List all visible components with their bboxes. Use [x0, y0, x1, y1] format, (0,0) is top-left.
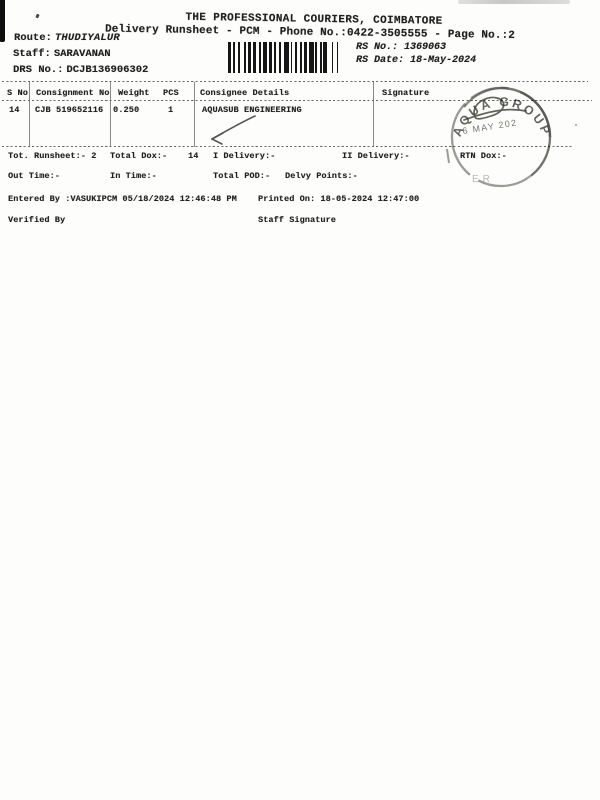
- rs-number: RS No.: 1369063: [356, 42, 446, 53]
- total-runsheet: Tot. Runsheet:- 2: [8, 151, 96, 161]
- stamp-bottom-text: ER: [472, 174, 494, 185]
- col-header-consignee: Consignee Details: [200, 88, 289, 98]
- total-dox: Total Dox:- 14: [110, 151, 198, 161]
- barcode-image: [228, 42, 340, 73]
- col-header-pcs: PCS: [163, 88, 179, 98]
- table-vline: [29, 82, 30, 147]
- ink-speck: [575, 124, 577, 126]
- staff-value: SARAVANAN: [54, 48, 111, 60]
- col-header-consignment: Consignment No: [36, 88, 110, 98]
- col-header-sno: S No: [7, 88, 28, 98]
- out-time: Out Time:-: [8, 171, 60, 181]
- printed-on: Printed On: 18-05-2024 12:47:00: [258, 194, 419, 204]
- handwritten-arrow-icon: [195, 108, 265, 148]
- verified-by: Verified By: [8, 215, 65, 225]
- route-line: Route:THUDIYALUR: [14, 32, 120, 44]
- scan-edge-bar: [0, 0, 5, 42]
- in-time: In Time:-: [110, 171, 157, 181]
- i-delivery: I Delivery:-: [213, 151, 275, 161]
- delvy-points: Delvy Points:-: [285, 171, 358, 181]
- row-consignment: CJB 519652116: [35, 105, 103, 115]
- staff-line: Staff:SARAVANAN: [13, 48, 111, 60]
- row-sno: 14: [9, 105, 20, 115]
- col-header-signature: Signature: [382, 88, 429, 98]
- route-label: Route:: [14, 32, 52, 44]
- table-vline: [373, 82, 374, 147]
- ii-delivery: II Delivery:-: [342, 151, 410, 161]
- row-weight: 0.250: [113, 105, 139, 115]
- scan-smudge: [458, 0, 570, 4]
- table-vline: [110, 82, 111, 147]
- entered-by: Entered By :VASUKIPCM 05/18/2024 12:46:4…: [8, 194, 237, 204]
- received-stamp: AQUA GROUP 6 MAY 202 ER: [442, 79, 562, 199]
- total-pod: Total POD:-: [213, 171, 270, 181]
- drs-line: DRS No.:DCJB136906302: [13, 64, 148, 76]
- drs-label: DRS No.:: [13, 64, 63, 76]
- route-value: THUDIYALUR: [55, 32, 120, 44]
- drs-value: DCJB136906302: [66, 64, 148, 76]
- staff-label: Staff:: [13, 48, 51, 60]
- rs-date: RS Date: 18-May-2024: [356, 55, 476, 66]
- row-pcs: 1: [168, 105, 173, 115]
- document-page: THE PROFESSIONAL COURIERS, COIMBATORE De…: [0, 0, 600, 800]
- staff-signature: Staff Signature: [258, 215, 336, 225]
- stamp-edge-mark: [447, 149, 449, 163]
- col-header-weight: Weight: [118, 88, 150, 98]
